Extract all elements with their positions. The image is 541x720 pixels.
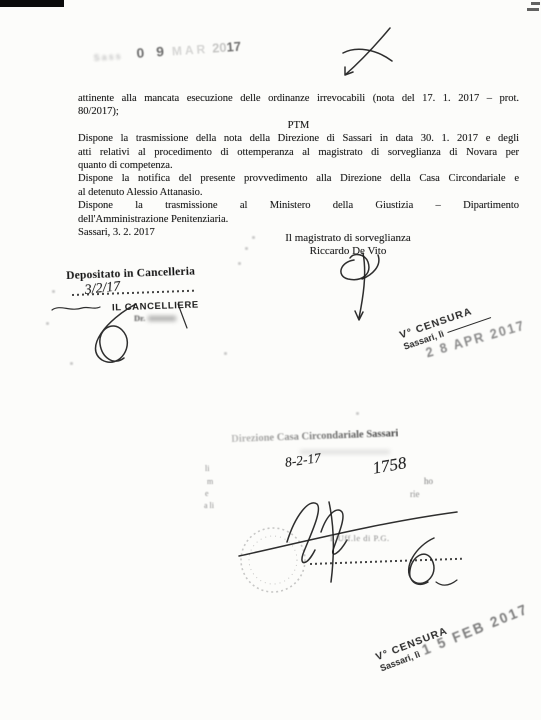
ptm-heading: PTM xyxy=(78,119,519,132)
scan-speckle xyxy=(52,290,55,293)
officer-signature xyxy=(388,530,460,594)
body-line: atti relativi al procedimento di ottempe… xyxy=(78,146,519,159)
body-line: Dispone la notifica del presente provved… xyxy=(78,172,519,185)
scan-speckle xyxy=(245,247,248,250)
handwritten-deposit-date: 3/2/17 xyxy=(84,279,121,299)
magistrate-signature xyxy=(320,250,400,325)
body-line: Dispone la trasmissione della nota della… xyxy=(78,132,519,145)
clerk-signature xyxy=(48,300,198,376)
faded-text-fragment: e xyxy=(205,489,209,498)
body-line: 80/2017); xyxy=(78,105,519,118)
faded-text-fragment: m xyxy=(207,477,213,486)
scan-speckle xyxy=(224,352,227,355)
handwritten-protocol-number: 1758 xyxy=(371,453,408,479)
stamp-prefix-text: Sass xyxy=(93,51,123,63)
round-stamp-inner xyxy=(249,536,297,584)
stamp-day: 0 9 xyxy=(136,43,169,61)
direzione-stamp-title: Direzione Casa Circondariale Sassari xyxy=(231,428,399,445)
officer-role-label: L'Uff.le di P.G. xyxy=(330,533,390,543)
scan-artifact-mark xyxy=(527,8,539,11)
stamp-month: MAR xyxy=(171,42,208,59)
body-line: dell'Amministrazione Penitenziaria. xyxy=(78,213,519,226)
stamp-year-faded: 20 xyxy=(212,40,227,56)
scan-artifact-mark xyxy=(531,2,540,5)
round-stamp-circle xyxy=(241,528,305,592)
scan-artifact-bar xyxy=(0,0,64,7)
scan-speckle xyxy=(356,412,359,415)
handwritten-x-mark xyxy=(336,22,400,80)
faded-text-fragment: li xyxy=(205,464,209,473)
document-body: attinente alla mancata esecuzione delle … xyxy=(78,92,519,239)
faded-text-fragment: a li xyxy=(204,501,214,510)
signer-title: Il magistrato di sorveglianza xyxy=(253,232,443,245)
scanned-document-page: Sass0 9MAR2017 attinente alla mancata es… xyxy=(0,0,541,720)
body-line: al detenuto Alessio Attanasio. xyxy=(78,186,519,199)
body-line: attinente alla mancata esecuzione delle … xyxy=(78,92,519,105)
stamp-year: 17 xyxy=(226,39,241,55)
scan-speckle xyxy=(238,262,241,265)
faded-text-fragment: ho xyxy=(424,476,433,486)
handwritten-date: 8-2-17 xyxy=(284,450,322,471)
protocol-date-stamp: Sass0 9MAR2017 xyxy=(93,38,242,66)
deposit-stamp-title: Depositato in Cancelleria xyxy=(66,266,195,282)
body-line: quanto di competenza. xyxy=(78,159,519,172)
body-line: Dispone la trasmissione al Ministero del… xyxy=(78,199,519,212)
